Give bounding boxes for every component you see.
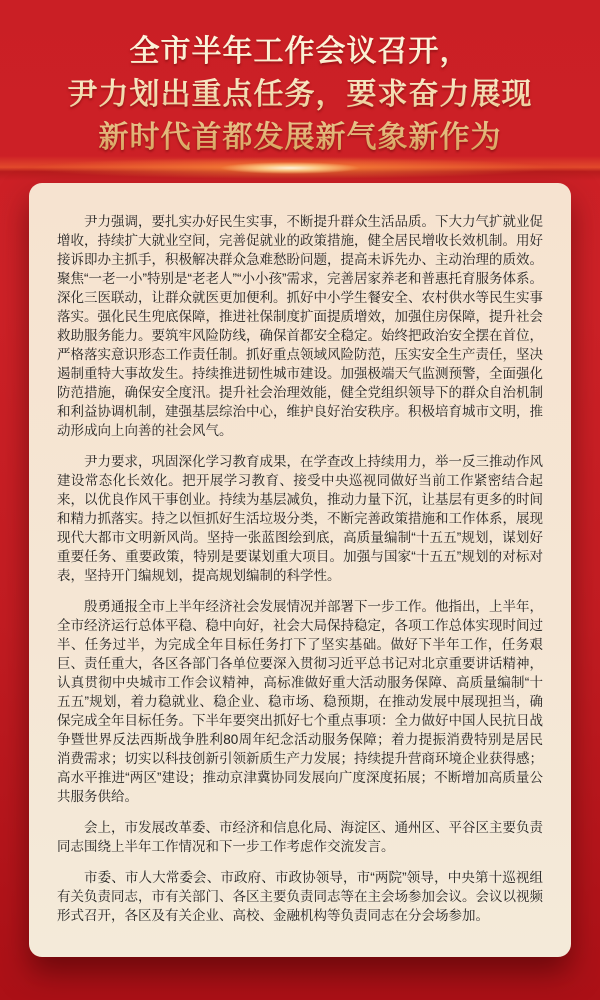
- article-paragraph-4: 会上，市发展改革委、市经济和信息化局、海淀区、通州区、平谷区主要负责同志围绕上半…: [57, 818, 543, 856]
- title-line-2: 尹力划出重点任务，要求奋力展现: [0, 73, 600, 116]
- article-paragraph-5: 市委、市人大常委会、市政府、市政协领导，市“两院”领导，中央第十巡视组有关负责同…: [57, 868, 543, 925]
- title-line-3: 新时代首都发展新气象新作为: [0, 116, 600, 159]
- title-line-1: 全市半年工作会议召开，: [0, 30, 600, 73]
- article-paragraph-1: 尹力强调，要扎实办好民生实事，不断提升群众生活品质。下大力气扩就业促增收，持续扩…: [57, 212, 543, 440]
- page-title: 全市半年工作会议召开， 尹力划出重点任务，要求奋力展现 新时代首都发展新气象新作…: [0, 30, 600, 159]
- article-paragraph-2: 尹力要求，巩固深化学习教育成果，在学查改上持续用力，举一反三推动作风建设常态化长…: [57, 452, 543, 585]
- page-background: 全市半年工作会议召开， 尹力划出重点任务，要求奋力展现 新时代首都发展新气象新作…: [0, 0, 600, 1000]
- article-card: 尹力强调，要扎实办好民生实事，不断提升群众生活品质。下大力气扩就业促增收，持续扩…: [29, 183, 571, 957]
- article-paragraph-3: 殷勇通报全市上半年经济社会发展情况并部署下一步工作。他指出，上半年，全市经济运行…: [57, 597, 543, 806]
